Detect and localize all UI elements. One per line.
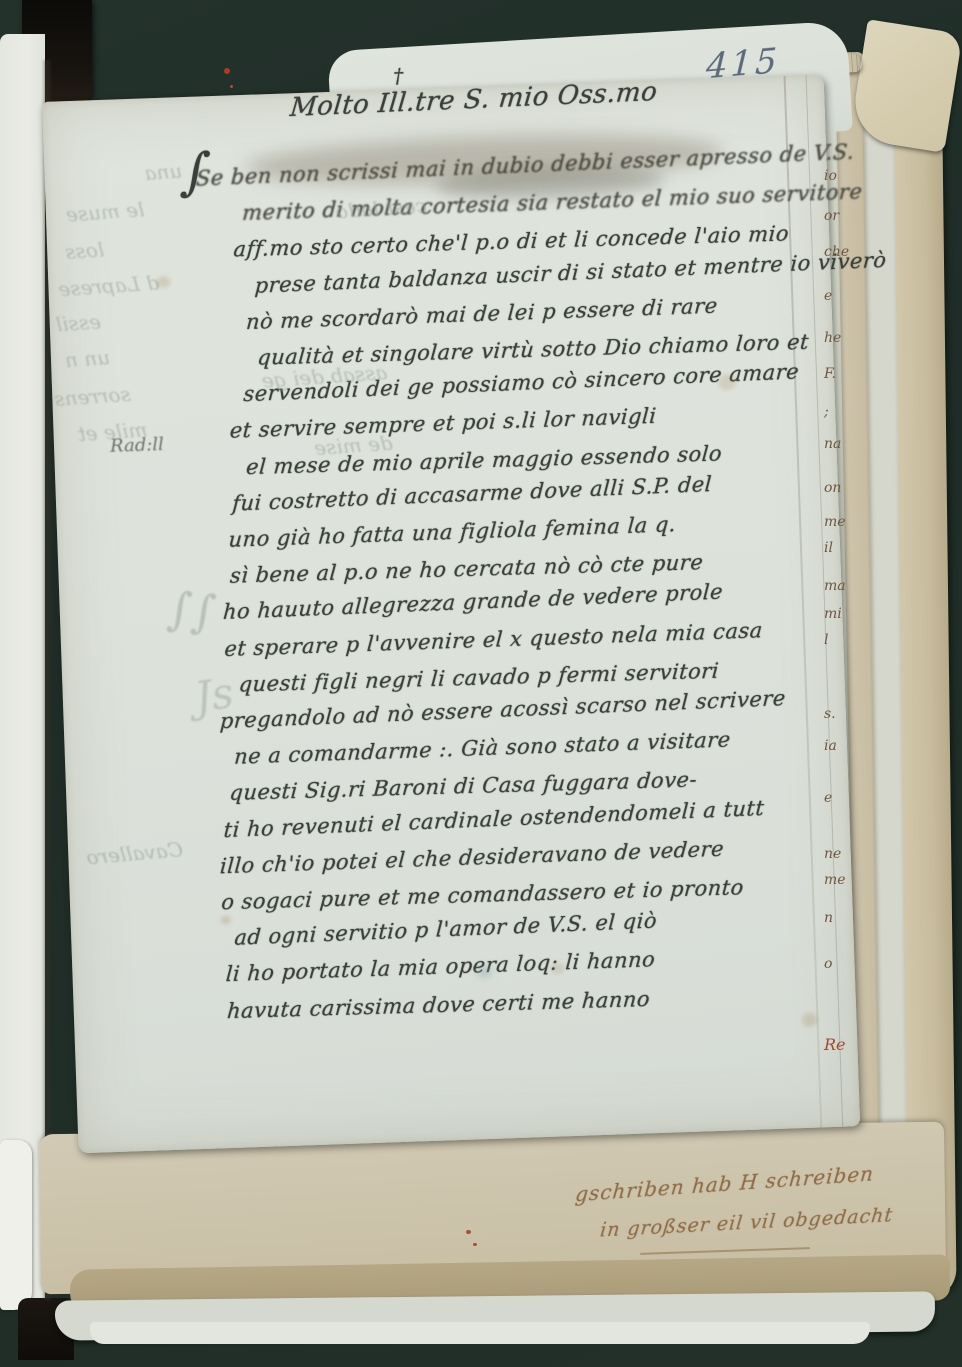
edge-fragment: n [824,910,833,926]
edge-fragment: he [824,330,841,346]
edge-fragment: che [824,244,849,260]
letter-page: Molto Ill.tre S. mio Oss.mo † ∫ Se ben n… [42,75,860,1154]
edge-fragment: mi [824,606,842,622]
red-speck [224,68,230,74]
edge-fragment: F. [824,366,836,382]
bleed-through-layer: unale muselossd Lapreseessilun nsorrensm… [42,75,860,1154]
bleed-mark: de mise [313,431,393,460]
bleed-mark: le muse [65,197,145,226]
red-speck [466,1230,471,1234]
heading-cross-mark: † [393,63,404,87]
bleed-flourish: ∫∫ [165,581,218,640]
edge-fragment: ne [824,846,841,862]
red-speck [230,85,233,88]
edge-fragment: ia [824,738,837,754]
edge-fragment: on [824,480,841,496]
edge-fragment: Re [824,1035,846,1054]
edge-fragment: me [824,514,846,530]
bleed-mark: assab dei ge [261,360,388,393]
bleed-flourish: Js [192,668,237,722]
edge-fragment: ma [824,578,846,594]
scan-background: Molto Ill.tre S. mio Oss.mo † ∫ Se ben n… [0,0,962,1367]
edge-fragment: na [824,436,841,452]
bleed-mark: sorrens [54,382,132,411]
margin-note: Rad:ll [110,434,165,457]
verso-page-edge [0,34,45,1304]
bleed-mark: essil [55,309,102,336]
edge-fragment: il [824,540,833,556]
bleed-mark: un n [64,345,111,372]
bleed-mark: loss [64,237,105,264]
under-sheet-fringe [90,1322,870,1344]
edge-fragment: me [824,872,846,888]
edge-fragment: or [824,208,839,224]
edge-fragment: e [824,790,832,806]
edge-fragment: s. [824,706,836,722]
red-speck [473,1243,477,1246]
bleed-mark: d Laprese [58,270,160,301]
page-number: 415 [705,41,781,88]
edge-fragment: e [824,288,832,304]
edge-fragment: ; [824,404,829,420]
edge-fragments: ioorcheeheF.;naonmeilmamils.iaenemenoRe [822,0,852,1280]
edge-fragment: l [824,632,828,648]
edge-fragment: io [824,168,837,184]
bleed-mark: cest lado [335,193,427,223]
edge-fragment: o [824,956,832,972]
bleed-mark: una [144,159,183,186]
cloth-edge [0,1140,32,1310]
